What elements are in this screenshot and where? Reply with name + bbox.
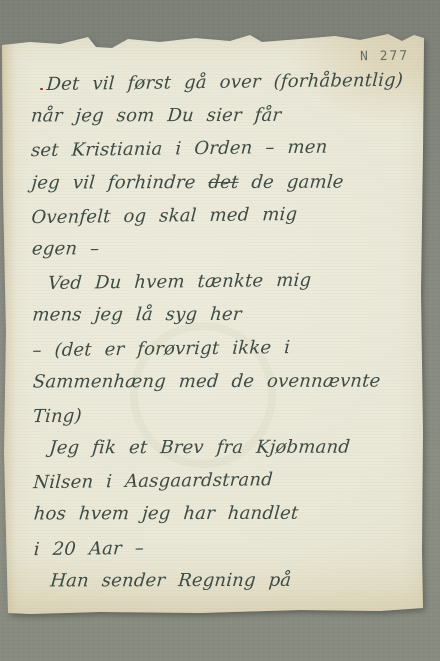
manuscript-line: Ting) xyxy=(0,401,420,439)
handwritten-segment: Ting) xyxy=(32,405,82,427)
handwritten-segment: – (det er forøvrigt ikke i xyxy=(32,337,291,361)
handwritten-segment: Ved Du hvem tænkte mig xyxy=(47,270,311,294)
manuscript-line: mens jeg lå syg her xyxy=(0,304,419,338)
manuscript-line: jeg vil forhindre det de gamle xyxy=(0,171,418,205)
manuscript-page: N 277 Det vil først gå over (forhåbentli… xyxy=(0,32,430,618)
manuscript-line: Ved Du hvem tænkte mig xyxy=(0,269,419,307)
manuscript-line: set Kristiania i Orden – men xyxy=(0,136,418,174)
handwritten-segment: Ovenfelt og skal med mig xyxy=(31,204,298,228)
manuscript-line: Det vil først gå over (forhåbentlig) xyxy=(0,69,417,107)
handwritten-segment: Det vil først gå over (forhåbentlig) xyxy=(46,70,404,95)
manuscript-page-wrapper: N 277 Det vil først gå over (forhåbentli… xyxy=(0,32,430,618)
handwritten-segment: når jeg som Du sier får xyxy=(30,105,282,127)
manuscript-line: Sammenhæng med de ovennævnte xyxy=(0,370,420,404)
handwritten-segment: set Kristiania i Orden – men xyxy=(30,137,328,162)
handwritten-segment: i 20 Aar – xyxy=(33,537,144,559)
manuscript-line: egen – xyxy=(0,237,419,271)
manuscript-line: Han sender Regning på xyxy=(0,569,421,603)
handwritten-segment: Nilsen i Aasgaardstrand xyxy=(33,469,274,493)
handwritten-segment: mens jeg lå syg her xyxy=(32,304,243,326)
handwritten-text-block: Det vil først gå over (forhåbentlig)når … xyxy=(0,71,420,605)
manuscript-line: når jeg som Du sier får xyxy=(0,105,418,139)
manuscript-line: Ovenfelt og skal med mig xyxy=(0,202,418,240)
struck-word: det xyxy=(208,171,240,192)
handwritten-segment: egen – xyxy=(31,238,100,259)
catalog-number-label: N 277 xyxy=(360,49,409,65)
handwritten-segment: de gamle xyxy=(238,171,345,192)
handwritten-segment: Han sender Regning på xyxy=(49,570,292,592)
manuscript-line: – (det er forøvrigt ikke i xyxy=(0,335,419,373)
handwritten-segment: Sammenhæng med de ovennævnte xyxy=(32,370,381,392)
photograph-background: N 277 Det vil først gå over (forhåbentli… xyxy=(0,0,440,661)
manuscript-line: i 20 Aar – xyxy=(0,534,420,572)
handwritten-segment: hos hvem jeg har handlet xyxy=(33,503,299,525)
manuscript-line: Jeg fik et Brev fra Kjøbmand xyxy=(0,437,420,471)
manuscript-line: Nilsen i Aasgaardstrand xyxy=(0,468,420,506)
manuscript-line: hos hvem jeg har handlet xyxy=(0,503,421,537)
handwritten-segment: Jeg fik et Brev fra Kjøbmand xyxy=(48,437,350,459)
handwritten-segment: jeg vil forhindre xyxy=(31,172,210,193)
